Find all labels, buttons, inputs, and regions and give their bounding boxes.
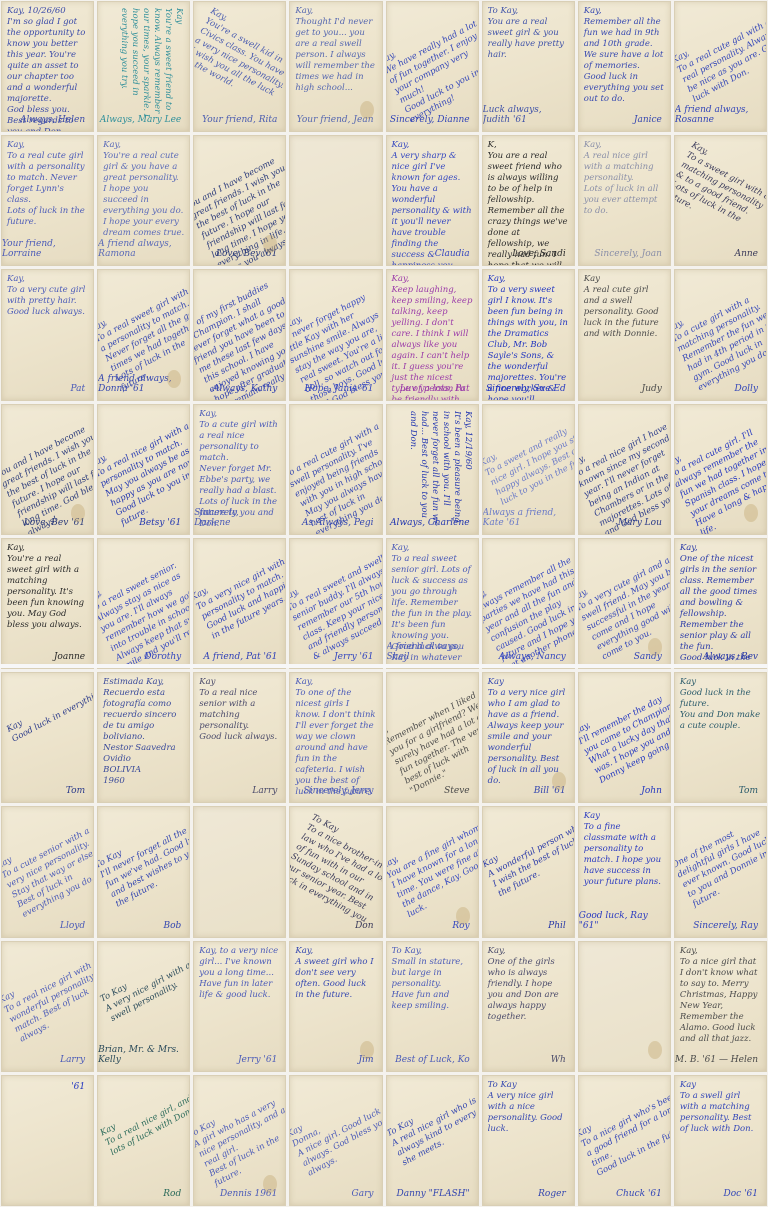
signature: Betsy '61 [139, 518, 181, 528]
autograph-card: To Kay I'll never forget all the fun we'… [97, 806, 190, 937]
age-stain [360, 1041, 374, 1059]
handwritten-note: Kay To a very nice girl who I am glad to… [488, 677, 569, 787]
handwritten-note: Kay, I'll remember the day you came to C… [578, 677, 671, 787]
autograph-card: Estimada Kay, Recuerdo esta fotografía c… [97, 672, 190, 803]
handwritten-note: Kay, Keep laughing, keep smiling, keep t… [392, 274, 473, 400]
signature: Luv ya lots, Pat [400, 384, 470, 394]
autograph-card: K, You and I have become great friends. … [193, 135, 286, 266]
autograph-card: To Kay To a nice brother-in-law who I've… [289, 806, 382, 937]
signature: John [641, 786, 662, 796]
signature: Pat [70, 384, 85, 394]
handwritten-note: Kay, A very sharp & nice girl I've known… [392, 140, 473, 266]
autograph-card: '61 [1, 1075, 94, 1206]
handwritten-note: Kay, To a real nice girl I have known si… [578, 410, 671, 535]
signature: Chuck '61 [616, 1189, 662, 1199]
handwritten-note: Kay, You're a swell kid in Civics class.… [193, 6, 286, 111]
signature: Judy [642, 384, 662, 394]
autograph-card: Kay, You're a swell kid in Civics class.… [193, 1, 286, 132]
signature: Always a friend, Kate '61 [483, 508, 566, 528]
handwritten-note: Kay, Remember all the fun we had in 9th … [584, 6, 665, 105]
handwritten-note: Kay, Thought I'd never get to you... you… [295, 6, 376, 94]
autograph-card: Kay, To a real nice girl I have known si… [578, 404, 671, 535]
signature: Dolly [735, 384, 758, 394]
autograph-card: Kay, Remember all the fun we had in 9th … [578, 1, 671, 132]
handwritten-note: Kay A real cute girl and a swell persona… [584, 274, 665, 340]
handwritten-note: Kay, To a very sweet girl I know. It's b… [488, 274, 569, 400]
signature: Danny "FLASH" [396, 1189, 469, 1199]
signature: A friend, Pat '61 [203, 652, 277, 662]
handwritten-note: Kay, 10/26/60 I'm so glad I got the oppo… [7, 6, 88, 132]
handwritten-note: Kay, One of the nicest girls in the seni… [680, 543, 761, 669]
autograph-card: One of the most delightful girls I have … [674, 806, 767, 937]
autograph-card: Kay, 12/19/60 It's been a pleasure being… [386, 404, 479, 535]
autograph-card: Kay, One of the nicest girls in the seni… [674, 538, 767, 669]
signature: Sincerely, Dianne [390, 115, 470, 125]
autograph-card: Kay, I'll remember the day you came to C… [578, 672, 671, 803]
signature: Always, Bev [703, 652, 758, 662]
autograph-card: Kay, To a nice girl that I don't know wh… [674, 941, 767, 1072]
handwritten-note: Kay, One of the girls who is always frie… [488, 946, 569, 1023]
handwritten-note: Kay To a real nice girl with a wonderful… [1, 945, 94, 1045]
autograph-card: Kay, To one of the nicest girls I know. … [289, 672, 382, 803]
autograph-card: Kay To a cute senior with a very nice pe… [1, 806, 94, 937]
handwritten-note: Kay, You're a real sweet girl with a mat… [7, 543, 88, 631]
handwritten-note: One of the most delightful girls I have … [674, 811, 767, 911]
handwritten-note: Kay, To a real cute girl with a personal… [7, 140, 88, 228]
autograph-card: Kay, One of the girls who is always frie… [482, 941, 575, 1072]
signature: Steve [444, 786, 470, 796]
signature: Larry [60, 1055, 85, 1065]
age-stain [648, 638, 662, 656]
signature: Sincerely, Ray [693, 921, 758, 931]
autograph-card: K, You are a real sweet friend who is al… [482, 135, 575, 266]
handwritten-note: Kay, To a cute girl with a matching pers… [674, 275, 767, 394]
autograph-card: Kay, 10/26/60 I'm so glad I got the oppo… [1, 1, 94, 132]
autograph-card: K, You and I have become great friends. … [1, 404, 94, 535]
signature: Anne [735, 249, 758, 259]
handwritten-note: Kay, To a real sweet and swell senior bu… [289, 544, 382, 663]
autograph-card: Kay, You are a fine girl whom I have kno… [386, 806, 479, 937]
autograph-card: To Kay A real nice girl who is always ki… [386, 1075, 479, 1206]
signature: Sincerely, Sue Ed [486, 384, 566, 394]
autograph-card: Kay To a real nice girl with a wonderful… [1, 941, 94, 1072]
handwritten-note: To Kay I'll never forget all the fun we'… [97, 811, 190, 911]
handwritten-note: K, Remember when I liked you for a girlf… [386, 678, 479, 797]
handwritten-note: To Kay, I'll never forget happy little K… [289, 277, 382, 400]
autograph-card: Kay, to a very nice girl... I've known y… [193, 941, 286, 1072]
signature: Janice [634, 115, 662, 125]
autograph-card: Kay A real cute girl and a swell persona… [578, 269, 671, 400]
autograph-card: Kay, To a cute girl with a real nice per… [193, 404, 286, 535]
handwritten-note: Kay To a real nice senior with a matchin… [199, 677, 280, 743]
signature: Sincerely, Darlene [194, 508, 277, 528]
age-stain [456, 907, 470, 925]
autograph-card: Kay To a real nice senior with a matchin… [193, 672, 286, 803]
autograph-card: Kay, To a very sweet girl I know. It's b… [482, 269, 575, 400]
signature: Always, Nancy [499, 652, 566, 662]
handwritten-note: Kay To a real nice girl, and lots of luc… [99, 1078, 190, 1158]
autograph-card: Kay To a very nice girl who I am glad to… [482, 672, 575, 803]
handwritten-note: One of my first buddies at Champion. I s… [193, 277, 286, 400]
autograph-card: Kay, Always remember all the parties we … [482, 538, 575, 669]
signature: Wh [551, 1055, 566, 1065]
age-stain [744, 504, 758, 522]
signature: Roger [538, 1189, 566, 1199]
signature: A friend always, Sheil [387, 642, 470, 662]
signature: Good luck, Ray "61" [579, 911, 662, 931]
autograph-card: Kay, To a sweet girl with a matching per… [674, 135, 767, 266]
age-stain [71, 504, 85, 522]
handwritten-note: Kay, To a sweet and really nice girl. I … [482, 408, 575, 508]
signature: Phil [548, 921, 566, 931]
signature: M. B. '61 — Helen [675, 1055, 758, 1065]
signature: Mary Lou [618, 518, 662, 528]
autograph-card: Kay, A sweet girl who I don't see very o… [289, 941, 382, 1072]
age-stain [167, 370, 181, 388]
handwritten-note: Kay, To a very nice girl with a personal… [193, 542, 286, 642]
handwritten-note: Kay, To a real cute gal with a real pers… [674, 6, 767, 106]
handwritten-note: To Kay A girl who has a very nice person… [193, 1080, 286, 1190]
signature: Sincerely, Jerry [304, 786, 374, 796]
section-divider [0, 664, 768, 668]
handwritten-note: Kay, To a sweet girl with a matching per… [674, 141, 767, 246]
age-stain [648, 1041, 662, 1059]
autograph-card: Kay, A real nice girl with a matching pe… [578, 135, 671, 266]
signature: Gary [352, 1189, 374, 1199]
signature: Lloyd [60, 921, 85, 931]
signature: Rod [163, 1189, 181, 1199]
handwritten-note: Estimada Kay, Recuerdo esta fotografía c… [103, 677, 184, 787]
signature: '61 [71, 1082, 85, 1092]
autograph-card: Kay, Thought I'd never get to you... you… [289, 1, 382, 132]
handwritten-note: Kay You're a sweet friend to know. Alway… [118, 8, 184, 128]
signature: Don [355, 921, 373, 931]
handwritten-note: Kay, You're a real cute girl & you have … [103, 140, 184, 239]
handwritten-note: Kay Donna, A nice girl. Good luck always… [289, 1079, 382, 1179]
autograph-card: Kay, To a real sweet and swell senior bu… [289, 538, 382, 669]
autograph-card: Kay, We have really had a lot of fun tog… [386, 1, 479, 132]
autograph-card: To Kay, Small in stature, but large in p… [386, 941, 479, 1072]
autograph-card: Kay To a real nice girl, and lots of luc… [97, 1075, 190, 1206]
signature: Brian, Mr. & Mrs. Kelly [98, 1045, 181, 1065]
autograph-card: To Kay A very nice girl with a nice pers… [482, 1075, 575, 1206]
handwritten-note: Kay A wonderful person who I wish the be… [482, 810, 575, 900]
card-grid: Kay, 10/26/60 I'm so glad I got the oppo… [0, 0, 768, 1207]
handwritten-note: To Kay A real nice girl who is always ki… [386, 1079, 479, 1169]
handwritten-note: Kay, To a real nice girl with a personal… [97, 409, 190, 528]
signature: Joanne [54, 652, 85, 662]
age-stain [360, 101, 374, 119]
autograph-card: Kay, Keep laughing, keep smiling, keep t… [386, 269, 479, 400]
signature: Bob [163, 921, 181, 931]
signature: Jerry '61 [334, 652, 373, 662]
handwritten-note: Kay To a fine classmate with a personali… [584, 811, 665, 888]
signature: Your friend, Lorraine [2, 239, 85, 259]
handwritten-note: Kay, Always remember all the parties we … [482, 545, 575, 669]
autograph-card: Kay, To a very cute girl with pretty hai… [1, 269, 94, 400]
autograph-card: Kay Good luck in everything.Tom [1, 672, 94, 803]
autograph-card: Kay To a nice girl who's been a good fri… [578, 1075, 671, 1206]
signature: Best of Luck, Ko [395, 1055, 470, 1065]
autograph-card: Kay Good luck in the future. You and Don… [674, 672, 767, 803]
autograph-card: To Kay, You are a real sweet girl & you … [482, 1, 575, 132]
signature: Love, Sandi [512, 249, 566, 259]
autograph-card: To Kay, I'll never forget happy little K… [289, 269, 382, 400]
handwritten-note: Kay, to a very nice girl... I've known y… [199, 946, 280, 1001]
handwritten-note: To Kay A very nice girl with a swell per… [99, 944, 190, 1024]
autograph-card: Kay, To a cute girl with a matching pers… [674, 269, 767, 400]
autograph-card: Kay, To a very cute girl and a swell fri… [578, 538, 671, 669]
autograph-card: Kay, To a real nice girl with a personal… [97, 404, 190, 535]
autograph-card: Kay, To a real sweet senior. Always stay… [97, 538, 190, 669]
signature: Larry [252, 786, 277, 796]
signature: Always, Helen [20, 115, 85, 125]
signature: Always, Kathy [213, 384, 277, 394]
handwritten-note: Kay, We have really had a lot of fun tog… [386, 7, 479, 126]
handwritten-note: Kay, To a real sweet senior. Always stay… [97, 545, 190, 669]
handwritten-note: Kay To a cute senior with a very nice pe… [1, 812, 94, 922]
autograph-card [578, 941, 671, 1072]
autograph-card: Kay, To a sweet and really nice girl. I … [482, 404, 575, 535]
autograph-card: Kay To a swell girl with a matching pers… [674, 1075, 767, 1206]
handwritten-note: Kay To a nice girl who's been a good fri… [578, 1079, 671, 1179]
signature: Dorothy [144, 652, 181, 662]
handwritten-note: Kay, A real nice girl with a matching pe… [584, 140, 665, 217]
signature: Jerry '61 [238, 1055, 277, 1065]
autograph-card: Kay, To a real cute gal with a real pers… [674, 1, 767, 132]
autograph-card: Kay, To a very nice girl with a personal… [193, 538, 286, 669]
autograph-card: Kay, To a real cute girl with a personal… [1, 135, 94, 266]
autograph-card [193, 806, 286, 937]
handwritten-note: Kay, To one of the nicest girls I know. … [295, 677, 376, 798]
handwritten-note: K, To a real cute girl with a swell pers… [289, 410, 382, 535]
signature: Doc '61 [724, 1189, 758, 1199]
signature: A friend always, Rosanne [675, 105, 758, 125]
autograph-card: Kay, To a real sweet senior girl. Lots o… [386, 538, 479, 669]
autograph-card: To Kay A very nice girl with a swell per… [97, 941, 190, 1072]
handwritten-note: Kay To a swell girl with a matching pers… [680, 1080, 761, 1135]
handwritten-note: To Kay, You are a real sweet girl & you … [488, 6, 569, 61]
signature: Tom [739, 786, 758, 796]
autograph-card: To Kay A girl who has a very nice person… [193, 1075, 286, 1206]
autograph-card: Kay To a fine classmate with a personali… [578, 806, 671, 937]
handwritten-note: Kay, You are a fine girl whom I have kno… [386, 812, 479, 922]
signature: Always, Charlene [390, 518, 470, 528]
autograph-card: K, Remember when I liked you for a girlf… [386, 672, 479, 803]
signature: Always, Mary Lee [100, 115, 181, 125]
autograph-card: Kay, To a real sweet girl with a persona… [97, 269, 190, 400]
signature: A friend always, Ramona [98, 239, 181, 259]
autograph-card: One of my first buddies at Champion. I s… [193, 269, 286, 400]
handwritten-note: Kay, To a very cute girl with pretty hai… [7, 274, 88, 318]
handwritten-note: Kay Good luck in the future. You and Don… [680, 677, 761, 732]
signature: Tom [66, 786, 85, 796]
handwritten-note: K, You are a real sweet friend who is al… [488, 140, 569, 266]
age-stain [552, 772, 566, 790]
autograph-card: Kay, A very sharp & nice girl I've known… [386, 135, 479, 266]
handwritten-note: To Kay To a nice brother-in-law who I've… [289, 813, 382, 938]
signature: Hope, Janis '61 [304, 384, 373, 394]
handwritten-note: Kay, A sweet girl who I don't see very o… [295, 946, 376, 1001]
handwritten-note: To Kay, Small in stature, but large in p… [392, 946, 473, 1012]
autograph-card: K, To a real cute girl with a swell pers… [289, 404, 382, 535]
autograph-card: Kay Donna, A nice girl. Good luck always… [289, 1075, 382, 1206]
handwritten-note: Kay, To a nice girl that I don't know wh… [680, 946, 761, 1045]
autograph-card: Kay A wonderful person who I wish the be… [482, 806, 575, 937]
signature: As Always, Pegi [302, 518, 373, 528]
signature: Your friend, Rita [202, 115, 277, 125]
autograph-card: Kay You're a sweet friend to know. Alway… [97, 1, 190, 132]
signature: Claudia [435, 249, 470, 259]
autograph-card [289, 135, 382, 266]
handwritten-note: To Kay A very nice girl with a nice pers… [488, 1080, 569, 1135]
autograph-card: Kay, To a real cute girl. I'll always re… [674, 404, 767, 535]
signature: Sincerely, Joan [594, 249, 662, 259]
autograph-card: Kay, You're a real sweet girl with a mat… [1, 538, 94, 669]
handwritten-note: Kay Good luck in everything. [5, 675, 94, 746]
handwritten-note: Kay, 12/19/60 It's been a pleasure being… [407, 411, 473, 531]
autograph-card: Kay, You're a real cute girl & you have … [97, 135, 190, 266]
signature: Luck always, Judith '61 [483, 105, 566, 125]
